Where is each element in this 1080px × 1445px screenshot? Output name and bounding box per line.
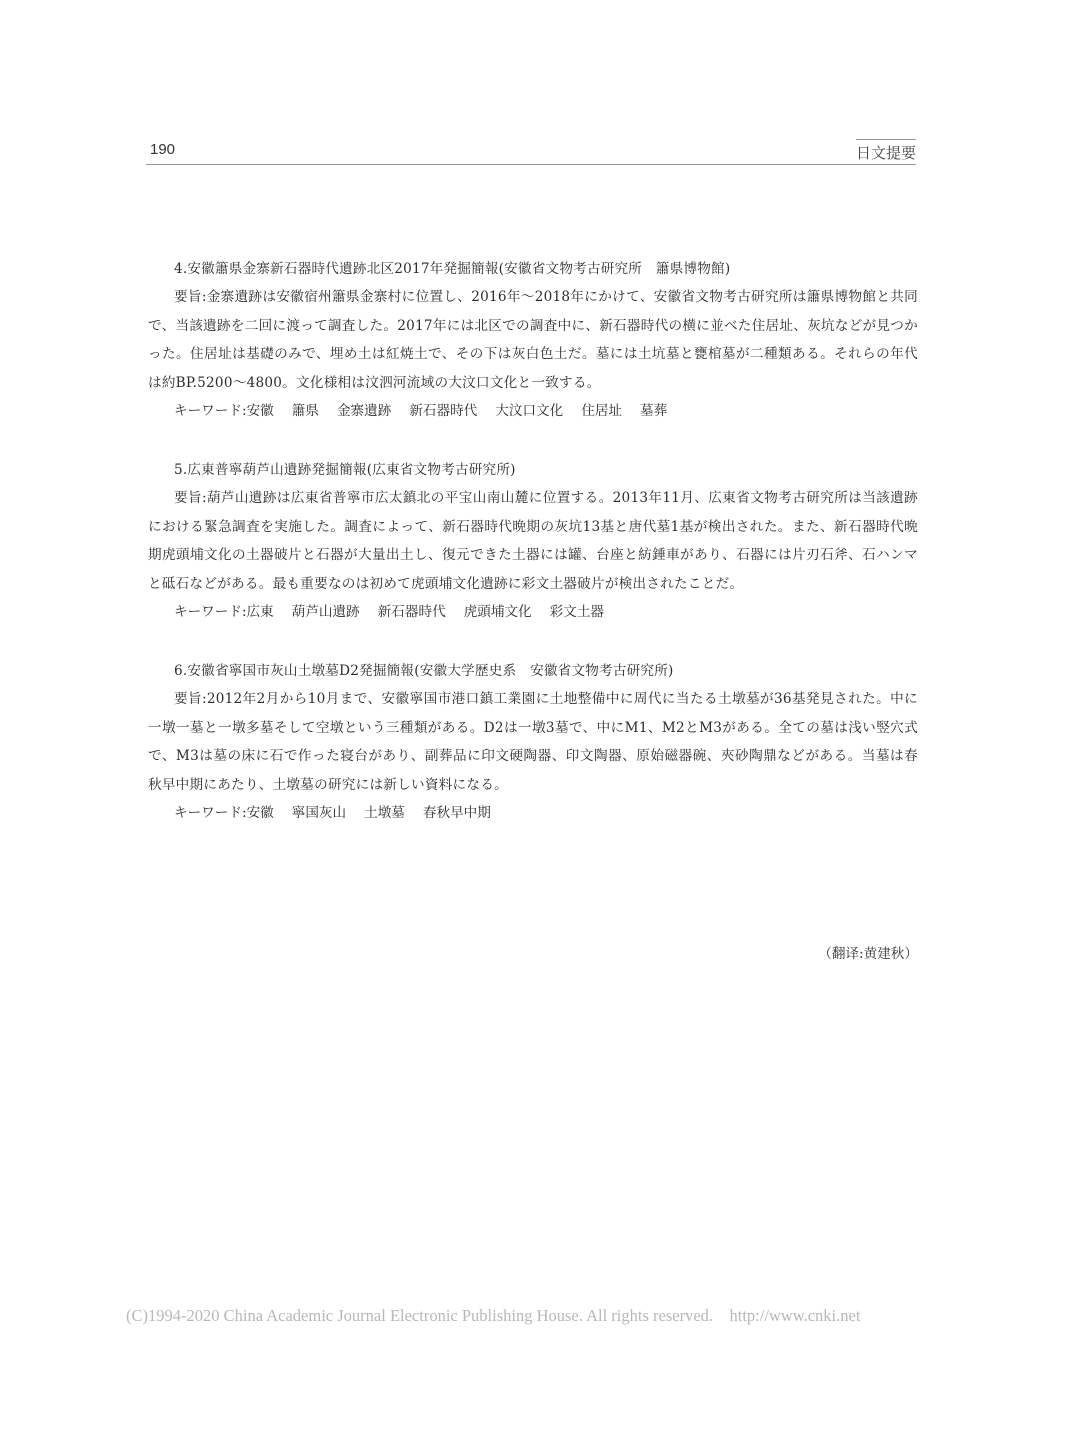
page-number: 190: [150, 141, 175, 158]
keyword: 虎頭埔文化: [464, 604, 532, 620]
keyword: 新石器時代: [409, 403, 477, 419]
article-title: 6.安徽省寧国市灰山土墩墓D2発掘簡報(安徽大学歴史系 安徽省文物考古研究所): [148, 657, 918, 685]
keyword: 大汶口文化: [495, 403, 563, 419]
keywords-label: キーワード:: [174, 604, 247, 620]
section-label: 日文提要: [856, 139, 916, 163]
article-6: 6.安徽省寧国市灰山土墩墓D2発掘簡報(安徽大学歴史系 安徽省文物考古研究所) …: [148, 657, 918, 828]
keyword: 金寨遺跡: [337, 403, 391, 419]
keyword: 住居址: [581, 403, 622, 419]
keywords-label: キーワード:: [174, 805, 247, 821]
article-list: 4.安徽簫県金寨新石器時代遺跡北区2017年発掘簡報(安徽省文物考古研究所 簫県…: [148, 255, 918, 858]
article-abstract: 要旨:2012年2月から10月まで、安徽寧国市港口鎮工業園に土地整備中に周代に当…: [148, 685, 918, 799]
keyword: 土墩墓: [364, 805, 405, 821]
running-header: 190 日文提要: [146, 136, 916, 165]
keyword: 安徽: [247, 403, 274, 419]
keywords-label: キーワード:: [174, 403, 247, 419]
article-keywords: キーワード:広東葫芦山遺跡新石器時代虎頭埔文化彩文土器: [148, 598, 918, 627]
translator-credit: （翻译:黄建秋）: [818, 942, 918, 962]
keyword: 広東: [247, 604, 274, 620]
article-abstract: 要旨:金寨遺跡は安徽宿州簫県金寨村に位置し、2016年～2018年にかけて、安徽…: [148, 283, 918, 397]
copyright-footer: (C)1994-2020 China Academic Journal Elec…: [126, 1306, 860, 1326]
article-title: 4.安徽簫県金寨新石器時代遺跡北区2017年発掘簡報(安徽省文物考古研究所 簫県…: [148, 255, 918, 283]
keyword: 彩文土器: [550, 604, 604, 620]
article-5: 5.広東普寧葫芦山遺跡発掘簡報(広東省文物考古研究所) 要旨:葫芦山遺跡は広東省…: [148, 456, 918, 627]
keyword: 簫県: [292, 403, 319, 419]
keyword: 安徽: [247, 805, 274, 821]
article-4: 4.安徽簫県金寨新石器時代遺跡北区2017年発掘簡報(安徽省文物考古研究所 簫県…: [148, 255, 918, 426]
article-keywords: キーワード:安徽寧国灰山土墩墓春秋早中期: [148, 799, 918, 828]
keyword: 墓葬: [640, 403, 667, 419]
keyword: 寧国灰山: [292, 805, 346, 821]
keyword: 新石器時代: [378, 604, 446, 620]
keyword: 春秋早中期: [423, 805, 491, 821]
article-title: 5.広東普寧葫芦山遺跡発掘簡報(広東省文物考古研究所): [148, 456, 918, 484]
article-keywords: キーワード:安徽簫県金寨遺跡新石器時代大汶口文化住居址墓葬: [148, 397, 918, 426]
keyword: 葫芦山遺跡: [292, 604, 360, 620]
article-abstract: 要旨:葫芦山遺跡は広東省普寧市広太鎮北の平宝山南山麓に位置する。2013年11月…: [148, 484, 918, 598]
